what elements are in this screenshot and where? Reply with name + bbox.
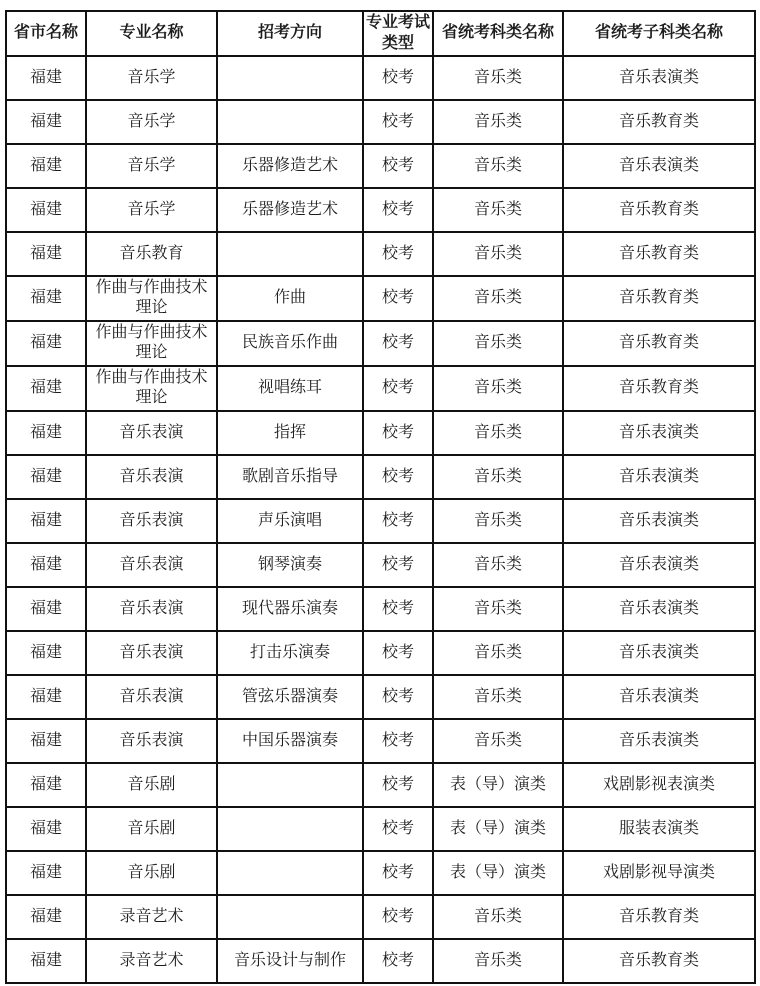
table-cell: 音乐类: [433, 455, 563, 499]
table-cell: 音乐学: [86, 100, 217, 144]
table-cell: 福建: [6, 895, 86, 939]
table-cell: 音乐表演类: [563, 675, 755, 719]
table-cell: 音乐类: [433, 188, 563, 232]
table-row: 福建音乐学乐器修造艺术校考音乐类音乐教育类: [6, 188, 755, 232]
table-cell: 音乐教育类: [563, 188, 755, 232]
table-cell: 音乐教育类: [563, 276, 755, 321]
table-cell: 戏剧影视导演类: [563, 851, 755, 895]
table-cell: 校考: [363, 543, 433, 587]
column-header-exam-type: 专业考试类型: [363, 11, 433, 56]
table-cell: 音乐表演: [86, 587, 217, 631]
table-cell: 校考: [363, 719, 433, 763]
table-cell: 音乐类: [433, 631, 563, 675]
table-cell: 音乐表演类: [563, 587, 755, 631]
table-row: 福建作曲与作曲技术理论作曲校考音乐类音乐教育类: [6, 276, 755, 321]
table-cell: 福建: [6, 56, 86, 100]
table-row: 福建音乐学校考音乐类音乐教育类: [6, 100, 755, 144]
table-cell: 音乐类: [433, 719, 563, 763]
table-row: 福建音乐表演打击乐演奏校考音乐类音乐表演类: [6, 631, 755, 675]
table-cell: 音乐类: [433, 543, 563, 587]
table-cell: 表（导）演类: [433, 763, 563, 807]
table-row: 福建音乐表演现代器乐演奏校考音乐类音乐表演类: [6, 587, 755, 631]
table-row: 福建录音艺术校考音乐类音乐教育类: [6, 895, 755, 939]
table-cell: 校考: [363, 939, 433, 983]
table-cell: 音乐表演: [86, 675, 217, 719]
table-cell: 现代器乐演奏: [217, 587, 363, 631]
table-cell: 福建: [6, 675, 86, 719]
table-cell: 校考: [363, 366, 433, 411]
table-cell: 校考: [363, 851, 433, 895]
table-cell: 音乐表演: [86, 499, 217, 543]
table-cell: 作曲: [217, 276, 363, 321]
table-cell: 音乐类: [433, 144, 563, 188]
table-cell: 音乐剧: [86, 851, 217, 895]
table-cell: 音乐类: [433, 587, 563, 631]
table-cell: 福建: [6, 587, 86, 631]
table-cell: 校考: [363, 276, 433, 321]
table-cell: 音乐表演类: [563, 144, 755, 188]
table-cell: 校考: [363, 144, 433, 188]
table-cell: 录音艺术: [86, 895, 217, 939]
table-cell: 校考: [363, 188, 433, 232]
table-cell: 歌剧音乐指导: [217, 455, 363, 499]
table-row: 福建音乐表演歌剧音乐指导校考音乐类音乐表演类: [6, 455, 755, 499]
table-row: 福建作曲与作曲技术理论视唱练耳校考音乐类音乐教育类: [6, 366, 755, 411]
table-cell: 音乐表演: [86, 455, 217, 499]
table-cell: 乐器修造艺术: [217, 144, 363, 188]
table-cell: 福建: [6, 631, 86, 675]
table-cell: 音乐类: [433, 56, 563, 100]
table-row: 福建音乐剧校考表（导）演类戏剧影视表演类: [6, 763, 755, 807]
table-cell: 音乐剧: [86, 807, 217, 851]
table-cell: 乐器修造艺术: [217, 188, 363, 232]
table-cell: 福建: [6, 763, 86, 807]
table-cell: 音乐表演: [86, 411, 217, 455]
table-cell: 表（导）演类: [433, 807, 563, 851]
admissions-table: 省市名称 专业名称 招考方向 专业考试类型 省统考科类名称 省统考子科类名称 福…: [5, 10, 756, 984]
table-cell: 校考: [363, 232, 433, 276]
table-row: 福建音乐表演声乐演唱校考音乐类音乐表演类: [6, 499, 755, 543]
table-cell: 作曲与作曲技术理论: [86, 366, 217, 411]
table-cell: [217, 807, 363, 851]
table-cell: 校考: [363, 895, 433, 939]
table-cell: 钢琴演奏: [217, 543, 363, 587]
column-header-major: 专业名称: [86, 11, 217, 56]
table-cell: 福建: [6, 455, 86, 499]
table-cell: 音乐教育: [86, 232, 217, 276]
column-header-province: 省市名称: [6, 11, 86, 56]
table-cell: 音乐表演类: [563, 631, 755, 675]
table-cell: 校考: [363, 100, 433, 144]
table-cell: 福建: [6, 719, 86, 763]
table-cell: [217, 56, 363, 100]
table-row: 福建音乐剧校考表（导）演类服装表演类: [6, 807, 755, 851]
table-body: 福建音乐学校考音乐类音乐表演类福建音乐学校考音乐类音乐教育类福建音乐学乐器修造艺…: [6, 56, 755, 983]
table-cell: 福建: [6, 276, 86, 321]
table-cell: 作曲与作曲技术理论: [86, 276, 217, 321]
table-cell: 音乐学: [86, 56, 217, 100]
table-cell: 音乐类: [433, 321, 563, 366]
table-cell: 管弦乐器演奏: [217, 675, 363, 719]
table-cell: 校考: [363, 807, 433, 851]
table-row: 福建音乐剧校考表（导）演类戏剧影视导演类: [6, 851, 755, 895]
table-cell: 音乐类: [433, 939, 563, 983]
table-cell: 音乐教育类: [563, 366, 755, 411]
table-row: 福建作曲与作曲技术理论民族音乐作曲校考音乐类音乐教育类: [6, 321, 755, 366]
table-cell: 服装表演类: [563, 807, 755, 851]
table-cell: 音乐类: [433, 411, 563, 455]
table-cell: 音乐教育类: [563, 895, 755, 939]
table-cell: 音乐类: [433, 276, 563, 321]
table-row: 福建音乐表演指挥校考音乐类音乐表演类: [6, 411, 755, 455]
table-cell: 校考: [363, 587, 433, 631]
table-cell: 音乐表演类: [563, 411, 755, 455]
table-cell: 校考: [363, 763, 433, 807]
table-cell: 音乐表演: [86, 543, 217, 587]
table-cell: 校考: [363, 499, 433, 543]
table-cell: 福建: [6, 939, 86, 983]
table-cell: 校考: [363, 675, 433, 719]
table-cell: 音乐表演类: [563, 719, 755, 763]
table-cell: 声乐演唱: [217, 499, 363, 543]
table-cell: 音乐教育类: [563, 939, 755, 983]
table-cell: 福建: [6, 321, 86, 366]
table-cell: 打击乐演奏: [217, 631, 363, 675]
table-cell: 音乐表演: [86, 719, 217, 763]
table-cell: 校考: [363, 321, 433, 366]
table-cell: 录音艺术: [86, 939, 217, 983]
table-cell: 校考: [363, 411, 433, 455]
table-cell: 音乐剧: [86, 763, 217, 807]
table-cell: 视唱练耳: [217, 366, 363, 411]
table-row: 福建音乐学校考音乐类音乐表演类: [6, 56, 755, 100]
table-cell: 音乐类: [433, 499, 563, 543]
table-cell: 音乐表演类: [563, 455, 755, 499]
table-cell: [217, 232, 363, 276]
table-cell: 中国乐器演奏: [217, 719, 363, 763]
table-cell: 音乐表演: [86, 631, 217, 675]
table-cell: 音乐学: [86, 188, 217, 232]
table-cell: [217, 763, 363, 807]
table-cell: 音乐学: [86, 144, 217, 188]
table-cell: 福建: [6, 807, 86, 851]
table-row: 福建音乐表演中国乐器演奏校考音乐类音乐表演类: [6, 719, 755, 763]
table-header-row: 省市名称 专业名称 招考方向 专业考试类型 省统考科类名称 省统考子科类名称: [6, 11, 755, 56]
table-cell: 福建: [6, 411, 86, 455]
column-header-direction: 招考方向: [217, 11, 363, 56]
table-cell: 福建: [6, 366, 86, 411]
table-cell: 音乐表演类: [563, 499, 755, 543]
table-cell: 音乐教育类: [563, 232, 755, 276]
table-cell: 音乐类: [433, 232, 563, 276]
table-cell: 表（导）演类: [433, 851, 563, 895]
table-cell: 民族音乐作曲: [217, 321, 363, 366]
table-row: 福建音乐教育校考音乐类音乐教育类: [6, 232, 755, 276]
table-cell: 福建: [6, 144, 86, 188]
table-cell: [217, 851, 363, 895]
column-header-unified-category: 省统考科类名称: [433, 11, 563, 56]
table-cell: [217, 100, 363, 144]
table-row: 福建音乐表演管弦乐器演奏校考音乐类音乐表演类: [6, 675, 755, 719]
table-cell: 音乐设计与制作: [217, 939, 363, 983]
table-row: 福建音乐表演钢琴演奏校考音乐类音乐表演类: [6, 543, 755, 587]
table-cell: 福建: [6, 232, 86, 276]
table-cell: 福建: [6, 543, 86, 587]
table-cell: 校考: [363, 631, 433, 675]
table-row: 福建录音艺术音乐设计与制作校考音乐类音乐教育类: [6, 939, 755, 983]
table-cell: 指挥: [217, 411, 363, 455]
table-cell: 音乐表演类: [563, 543, 755, 587]
table-cell: [217, 895, 363, 939]
table-cell: 音乐类: [433, 895, 563, 939]
page: 省市名称 专业名称 招考方向 专业考试类型 省统考科类名称 省统考子科类名称 福…: [0, 0, 760, 986]
table-cell: 校考: [363, 56, 433, 100]
table-cell: 校考: [363, 455, 433, 499]
table-cell: 作曲与作曲技术理论: [86, 321, 217, 366]
table-cell: 音乐教育类: [563, 321, 755, 366]
table-cell: 音乐类: [433, 366, 563, 411]
table-cell: 戏剧影视表演类: [563, 763, 755, 807]
table-cell: 音乐类: [433, 675, 563, 719]
table-cell: 福建: [6, 100, 86, 144]
table-cell: 福建: [6, 188, 86, 232]
table-cell: 音乐教育类: [563, 100, 755, 144]
table-cell: 福建: [6, 851, 86, 895]
table-cell: 音乐表演类: [563, 56, 755, 100]
table-cell: 音乐类: [433, 100, 563, 144]
column-header-unified-subcategory: 省统考子科类名称: [563, 11, 755, 56]
table-row: 福建音乐学乐器修造艺术校考音乐类音乐表演类: [6, 144, 755, 188]
table-cell: 福建: [6, 499, 86, 543]
